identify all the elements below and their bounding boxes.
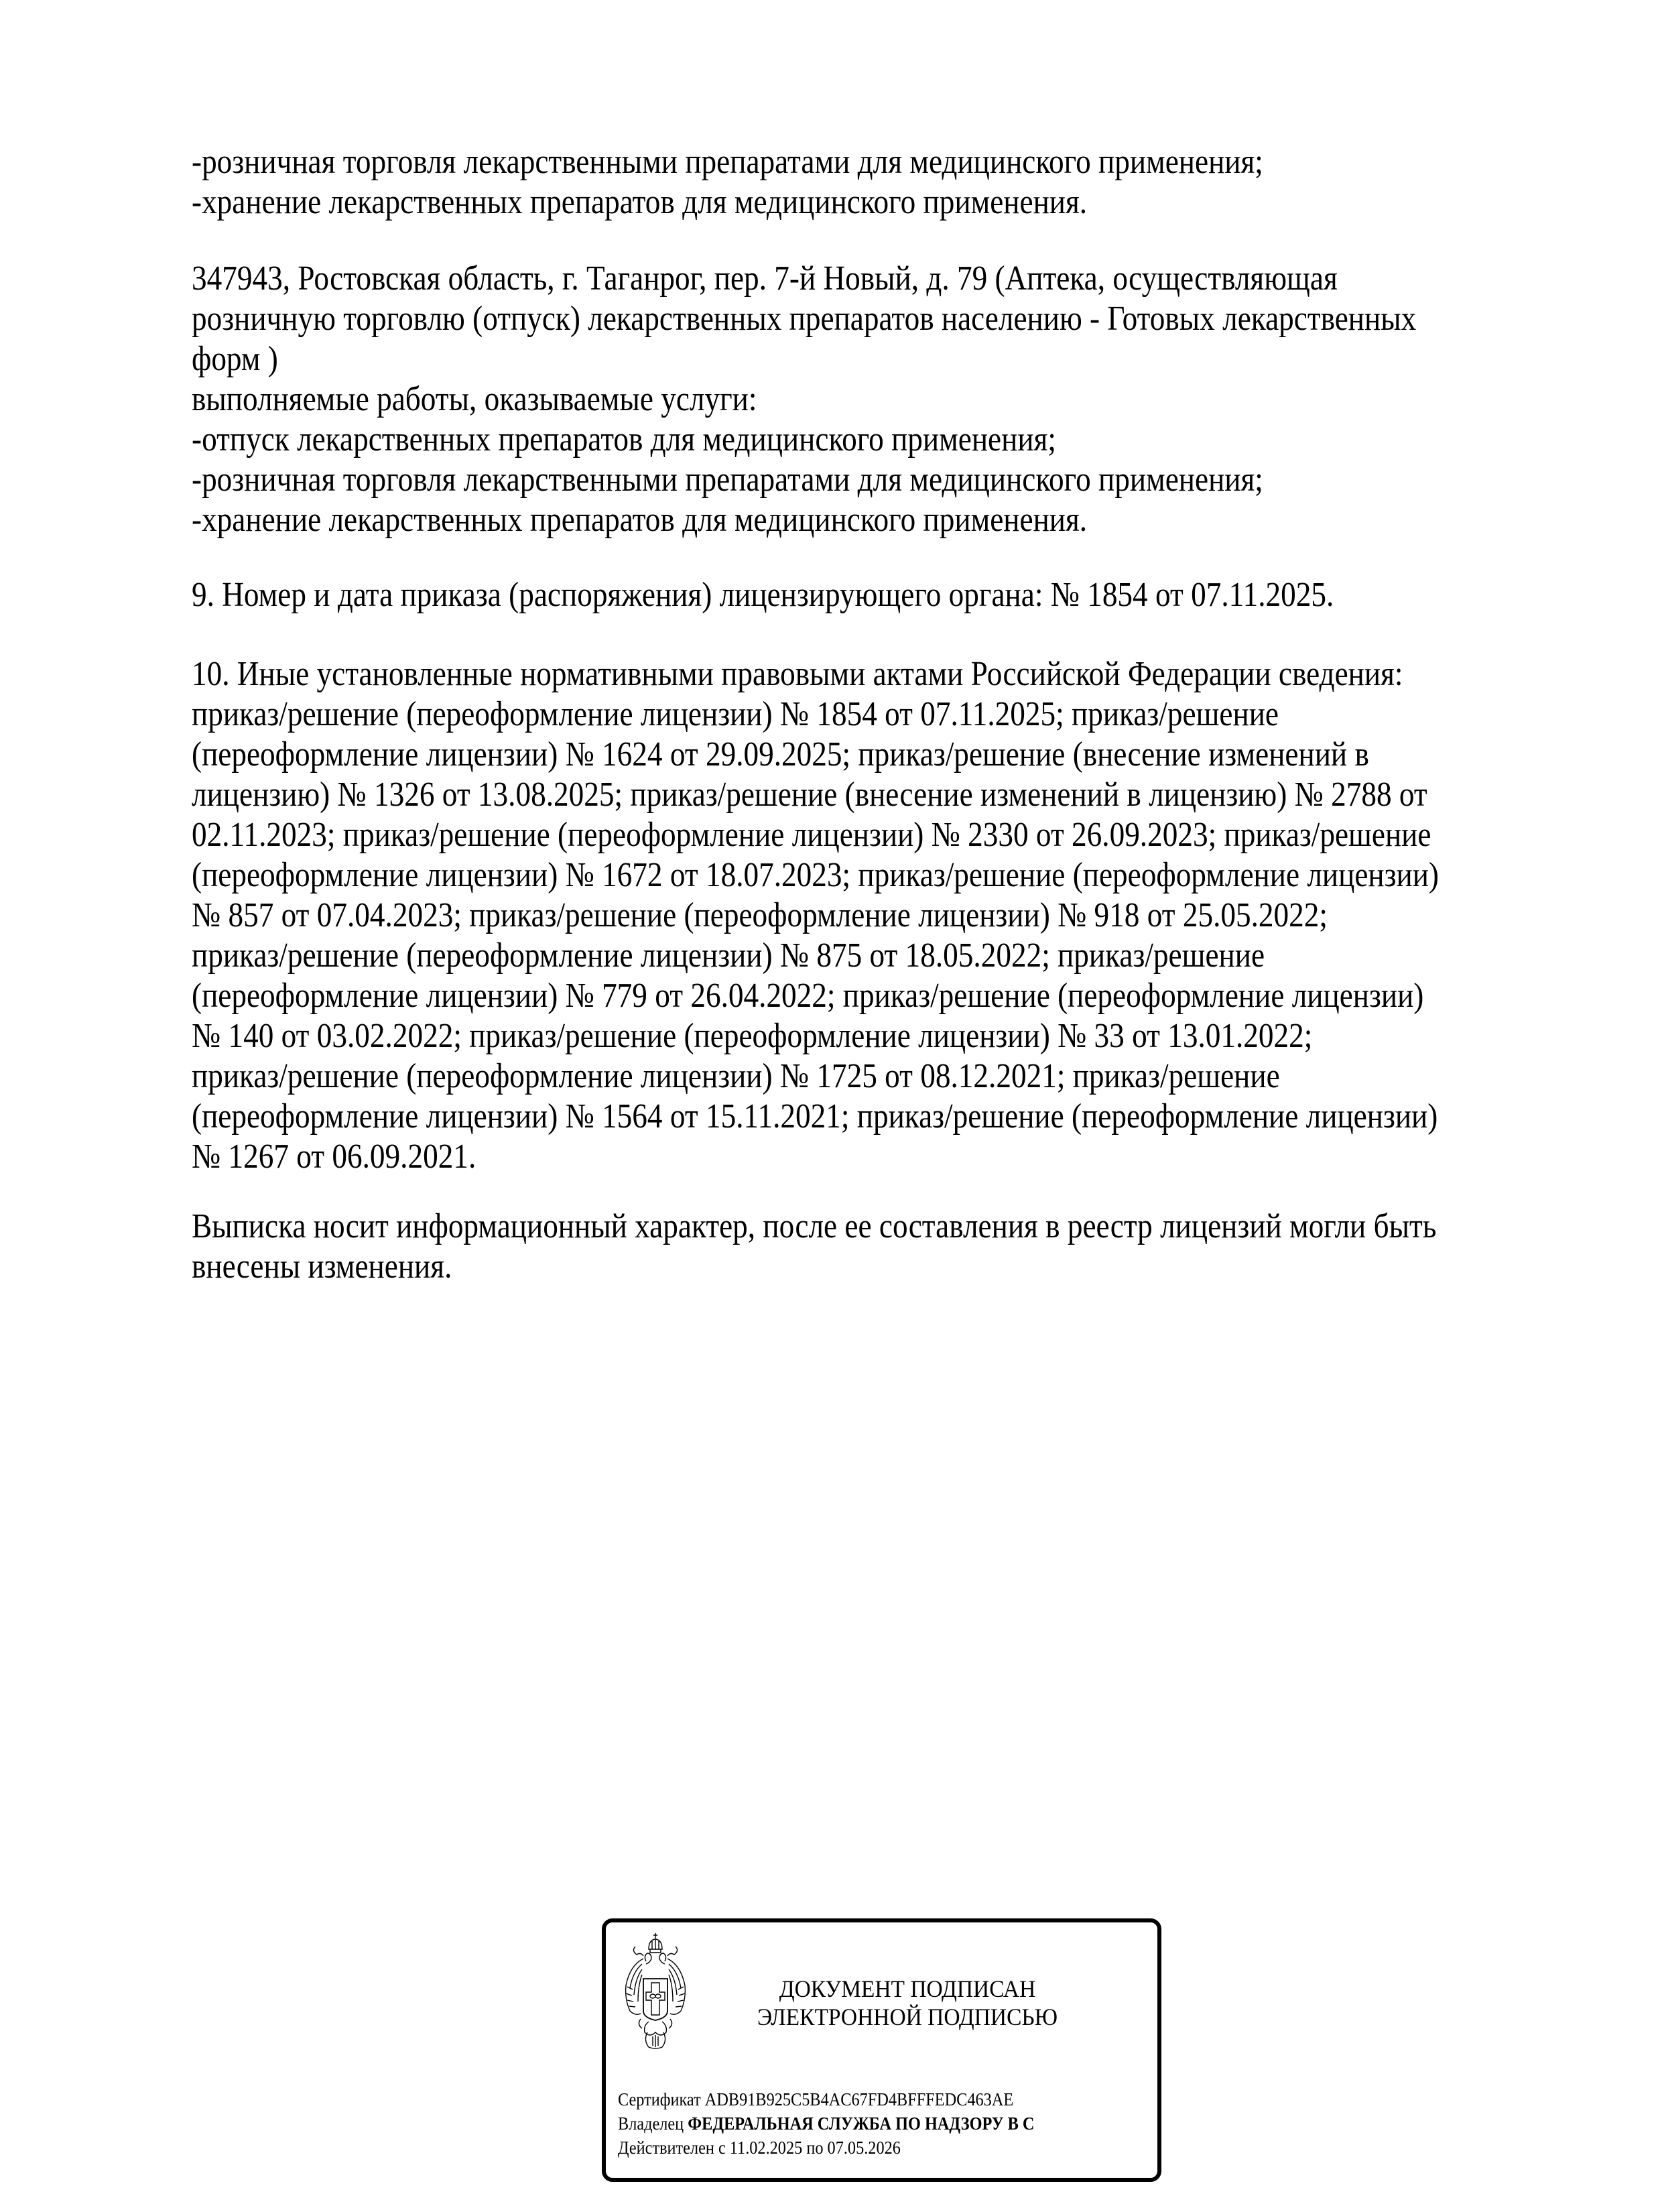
text-line: № 140 от 03.02.2022; приказ/решение (пер… xyxy=(192,1016,1405,1056)
service-item: -отпуск лекарственных препаратов для мед… xyxy=(192,420,1405,460)
text-line: приказ/решение (переоформление лицензии)… xyxy=(192,1056,1405,1097)
text-line: Выписка носит информационный характер, п… xyxy=(192,1207,1405,1247)
text-line: -розничная торговля лекарственными препа… xyxy=(192,142,1405,182)
text-line: (переоформление лицензии) № 1624 от 29.0… xyxy=(192,735,1405,775)
address-line: розничную торговлю (отпуск) лекарственны… xyxy=(192,299,1405,339)
text-line: (переоформление лицензии) № 1564 от 15.1… xyxy=(192,1097,1405,1137)
certificate-label: Сертификат xyxy=(618,2089,701,2109)
text-line: приказ/решение (переоформление лицензии)… xyxy=(192,936,1405,976)
text-line: 9. Номер и дата приказа (распоряжения) л… xyxy=(192,575,1405,615)
owner-line: Владелец ФЕДЕРАЛЬНАЯ СЛУЖБА ПО НАДЗОРУ В… xyxy=(618,2111,1034,2136)
service-item: -хранение лекарственных препаратов для м… xyxy=(192,500,1405,540)
text-line: внесены изменения. xyxy=(192,1247,1405,1287)
text-line: № 857 от 07.04.2023; приказ/решение (пер… xyxy=(192,896,1405,936)
text-line: лицензию) № 1326 от 13.08.2025; приказ/р… xyxy=(192,775,1405,815)
validity-line: Действителен с 11.02.2025 по 07.05.2026 xyxy=(618,2136,1034,2160)
document-page: -розничная торговля лекарственными препа… xyxy=(0,0,1662,2212)
services-heading: выполняемые работы, оказываемые услуги: xyxy=(192,379,1405,420)
text-line: (переоформление лицензии) № 1672 от 18.0… xyxy=(192,855,1405,896)
disclaimer: Выписка носит информационный характер, п… xyxy=(192,1207,1586,1287)
text-line: № 1267 от 06.09.2021. xyxy=(192,1137,1405,1177)
text-line: (переоформление лицензии) № 779 от 26.04… xyxy=(192,976,1405,1016)
stamp-title: ДОКУМЕНТ ПОДПИСАН ЭЛЕКТРОННОЙ ПОДПИСЬЮ xyxy=(706,1975,1108,2031)
section-10-heading: 10. Иные установленные нормативными прав… xyxy=(192,654,1405,694)
stamp-details: Сертификат ADB91B925C5B4AC67FD4BFFFEDC46… xyxy=(618,2087,1081,2160)
section-9-order-number: 9. Номер и дата приказа (распоряжения) л… xyxy=(192,575,1586,615)
services-continuation: -розничная торговля лекарственными препа… xyxy=(192,142,1586,223)
text-line: приказ/решение (переоформление лицензии)… xyxy=(192,694,1405,735)
stamp-title-line-1: ДОКУМЕНТ ПОДПИСАН xyxy=(720,1975,1094,2003)
stamp-title-line-2: ЭЛЕКТРОННОЙ ПОДПИСЬЮ xyxy=(720,2003,1094,2031)
coat-of-arms-icon xyxy=(623,1932,688,2051)
certificate-line: Сертификат ADB91B925C5B4AC67FD4BFFFEDC46… xyxy=(618,2087,1034,2111)
certificate-value: ADB91B925C5B4AC67FD4BFFFEDC463AE xyxy=(705,2089,1013,2109)
address-line: форм ) xyxy=(192,339,1405,379)
electronic-signature-stamp: ДОКУМЕНТ ПОДПИСАН ЭЛЕКТРОННОЙ ПОДПИСЬЮ С… xyxy=(602,1918,1161,2182)
text-line: -хранение лекарственных препаратов для м… xyxy=(192,182,1405,223)
address-line: 347943, Ростовская область, г. Таганрог,… xyxy=(192,259,1405,299)
owner-label: Владелец xyxy=(618,2113,684,2134)
text-line: 02.11.2023; приказ/решение (переоформлен… xyxy=(192,815,1405,855)
section-10-other-info: 10. Иные установленные нормативными прав… xyxy=(192,654,1586,1177)
service-item: -розничная торговля лекарственными препа… xyxy=(192,460,1405,500)
owner-value: ФЕДЕРАЛЬНАЯ СЛУЖБА ПО НАДЗОРУ В С xyxy=(688,2113,1034,2134)
address-block: 347943, Ростовская область, г. Таганрог,… xyxy=(192,259,1586,540)
